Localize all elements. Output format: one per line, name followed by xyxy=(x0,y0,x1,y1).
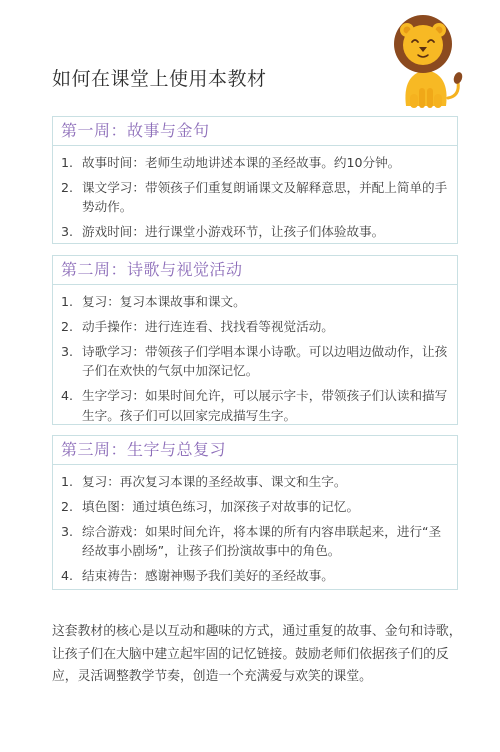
item-text: 课文学习：带领孩子们重复朗诵课文及解释意思，并配上简单的手势动作。 xyxy=(82,178,449,217)
week-1-box: 第一周：故事与金句 1. 故事时间：老师生动地讲述本课的圣经故事。约10分钟。 … xyxy=(52,116,458,244)
item-number: 4. xyxy=(61,386,82,425)
week-2-list: 1. 复习：复习本课故事和课文。 2. 动手操作：进行连连看、找找看等视觉活动。… xyxy=(53,285,457,432)
list-item: 1. 复习：复习本课故事和课文。 xyxy=(61,289,449,314)
list-item: 1. 复习：再次复习本课的圣经故事、课文和生字。 xyxy=(61,469,449,494)
week-3-title: 第三周：生字与总复习 xyxy=(53,436,457,465)
week-1-list: 1. 故事时间：老师生动地讲述本课的圣经故事。约10分钟。 2. 课文学习：带领… xyxy=(53,146,457,249)
week-2-box: 第二周：诗歌与视觉活动 1. 复习：复习本课故事和课文。 2. 动手操作：进行连… xyxy=(52,255,458,425)
item-number: 3. xyxy=(61,222,82,242)
list-item: 3. 综合游戏：如果时间允许，将本课的所有内容串联起来，进行“圣经故事小剧场”，… xyxy=(61,519,449,564)
closing-paragraph: 这套教材的核心是以互动和趣味的方式，通过重复的故事、金句和诗歌，让孩子们在大脑中… xyxy=(52,621,462,689)
item-text: 综合游戏：如果时间允许，将本课的所有内容串联起来，进行“圣经故事小剧场”，让孩子… xyxy=(82,522,449,561)
item-text: 结束祷告：感谢神赐予我们美好的圣经故事。 xyxy=(82,566,449,586)
item-text: 故事时间：老师生动地讲述本课的圣经故事。约10分钟。 xyxy=(82,153,449,173)
item-number: 1. xyxy=(61,292,82,312)
list-item: 2. 课文学习：带领孩子们重复朗诵课文及解释意思，并配上简单的手势动作。 xyxy=(61,175,449,220)
week-3-list: 1. 复习：再次复习本课的圣经故事、课文和生字。 2. 填色图：通过填色练习，加… xyxy=(53,465,457,593)
item-text: 诗歌学习：带领孩子们学唱本课小诗歌。可以边唱边做动作，让孩子们在欢快的气氛中加深… xyxy=(82,342,449,381)
item-text: 填色图：通过填色练习，加深孩子对故事的记忆。 xyxy=(82,497,449,517)
item-text: 复习：复习本课故事和课文。 xyxy=(82,292,449,312)
item-number: 1. xyxy=(61,153,82,173)
item-number: 2. xyxy=(61,497,82,517)
item-number: 2. xyxy=(61,178,82,217)
item-number: 4. xyxy=(61,566,82,586)
item-text: 复习：再次复习本课的圣经故事、课文和生字。 xyxy=(82,472,449,492)
item-text: 游戏时间：进行课堂小游戏环节，让孩子们体验故事。 xyxy=(82,222,449,242)
week-3-box: 第三周：生字与总复习 1. 复习：再次复习本课的圣经故事、课文和生字。 2. 填… xyxy=(52,435,458,590)
item-number: 3. xyxy=(61,522,82,561)
page-title: 如何在课堂上使用本教材 xyxy=(52,66,267,92)
list-item: 2. 动手操作：进行连连看、找找看等视觉活动。 xyxy=(61,314,449,339)
list-item: 4. 结束祷告：感谢神赐予我们美好的圣经故事。 xyxy=(61,564,449,589)
list-item: 1. 故事时间：老师生动地讲述本课的圣经故事。约10分钟。 xyxy=(61,150,449,175)
list-item: 2. 填色图：通过填色练习，加深孩子对故事的记忆。 xyxy=(61,494,449,519)
item-text: 生字学习：如果时间允许，可以展示字卡，带领孩子们认读和描写生字。孩子们可以回家完… xyxy=(82,386,449,425)
item-text: 动手操作：进行连连看、找找看等视觉活动。 xyxy=(82,317,449,337)
lion-icon xyxy=(386,14,466,110)
item-number: 1. xyxy=(61,472,82,492)
item-number: 3. xyxy=(61,342,82,381)
list-item: 3. 游戏时间：进行课堂小游戏环节，让孩子们体验故事。 xyxy=(61,220,449,245)
list-item: 4. 生字学习：如果时间允许，可以展示字卡，带领孩子们认读和描写生字。孩子们可以… xyxy=(61,384,449,429)
week-2-title: 第二周：诗歌与视觉活动 xyxy=(53,256,457,285)
week-1-title: 第一周：故事与金句 xyxy=(53,117,457,146)
item-number: 2. xyxy=(61,317,82,337)
list-item: 3. 诗歌学习：带领孩子们学唱本课小诗歌。可以边唱边做动作，让孩子们在欢快的气氛… xyxy=(61,339,449,384)
